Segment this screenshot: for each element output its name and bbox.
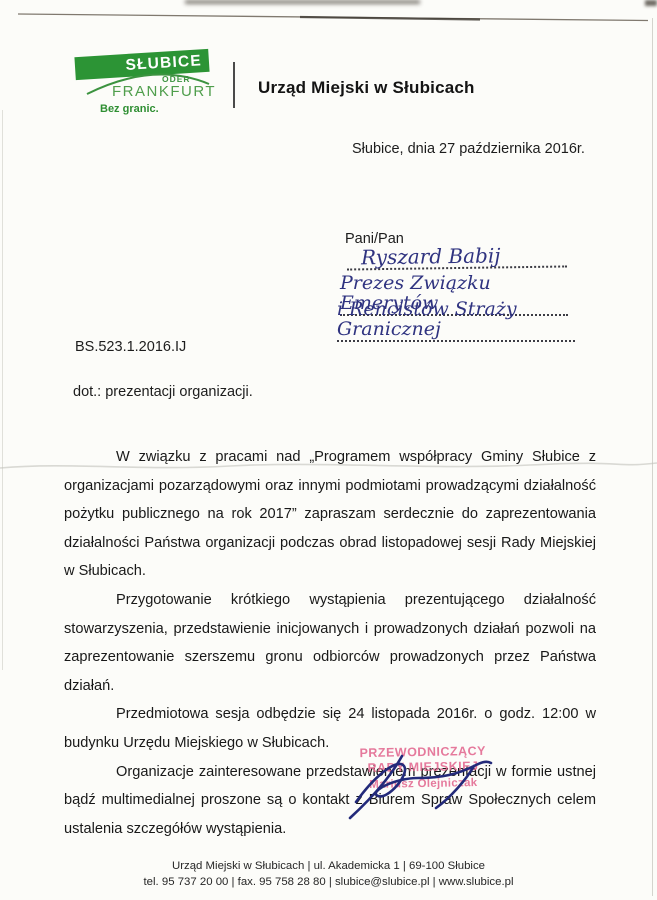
logo-frankfurt-text: FRANKFURT	[112, 83, 216, 100]
paragraph-4: Organizacje zainteresowane przedstawieni…	[64, 758, 596, 844]
handwritten-name: Ryszard Babij	[347, 244, 567, 270]
logo-tagline: Bez granic.	[100, 103, 159, 115]
header-divider	[233, 62, 235, 108]
letter-body: W związku z pracami nad „Programem współ…	[64, 443, 596, 843]
signature-scribble	[338, 746, 513, 826]
subject-line: dot.: prezentacji organizacji.	[73, 384, 253, 400]
footer-contact: tel. 95 737 20 00 | fax. 95 758 28 80 | …	[0, 874, 657, 890]
paragraph-2: Przygotowanie krótkiego wystąpienia prez…	[64, 586, 596, 700]
date-line: Słubice, dnia 27 października 2016r.	[352, 141, 585, 157]
slubice-frankfurt-logo: SŁUBICE ODER FRANKFURT Bez granic.	[70, 46, 230, 121]
footer: Urząd Miejski w Słubicach | ul. Akademic…	[0, 858, 657, 890]
reference-number: BS.523.1.2016.IJ	[75, 339, 186, 355]
paragraph-1: W związku z pracami nad „Programem współ…	[64, 443, 596, 586]
footer-address: Urząd Miejski w Słubicach | ul. Akademic…	[0, 858, 657, 874]
page-title: Urząd Miejski w Słubicach	[258, 78, 475, 98]
paragraph-3: Przedmiotowa sesja odbędzie się 24 listo…	[64, 700, 596, 757]
handwritten-title-line-2: i Rencistów Straży Granicznej	[337, 300, 575, 342]
